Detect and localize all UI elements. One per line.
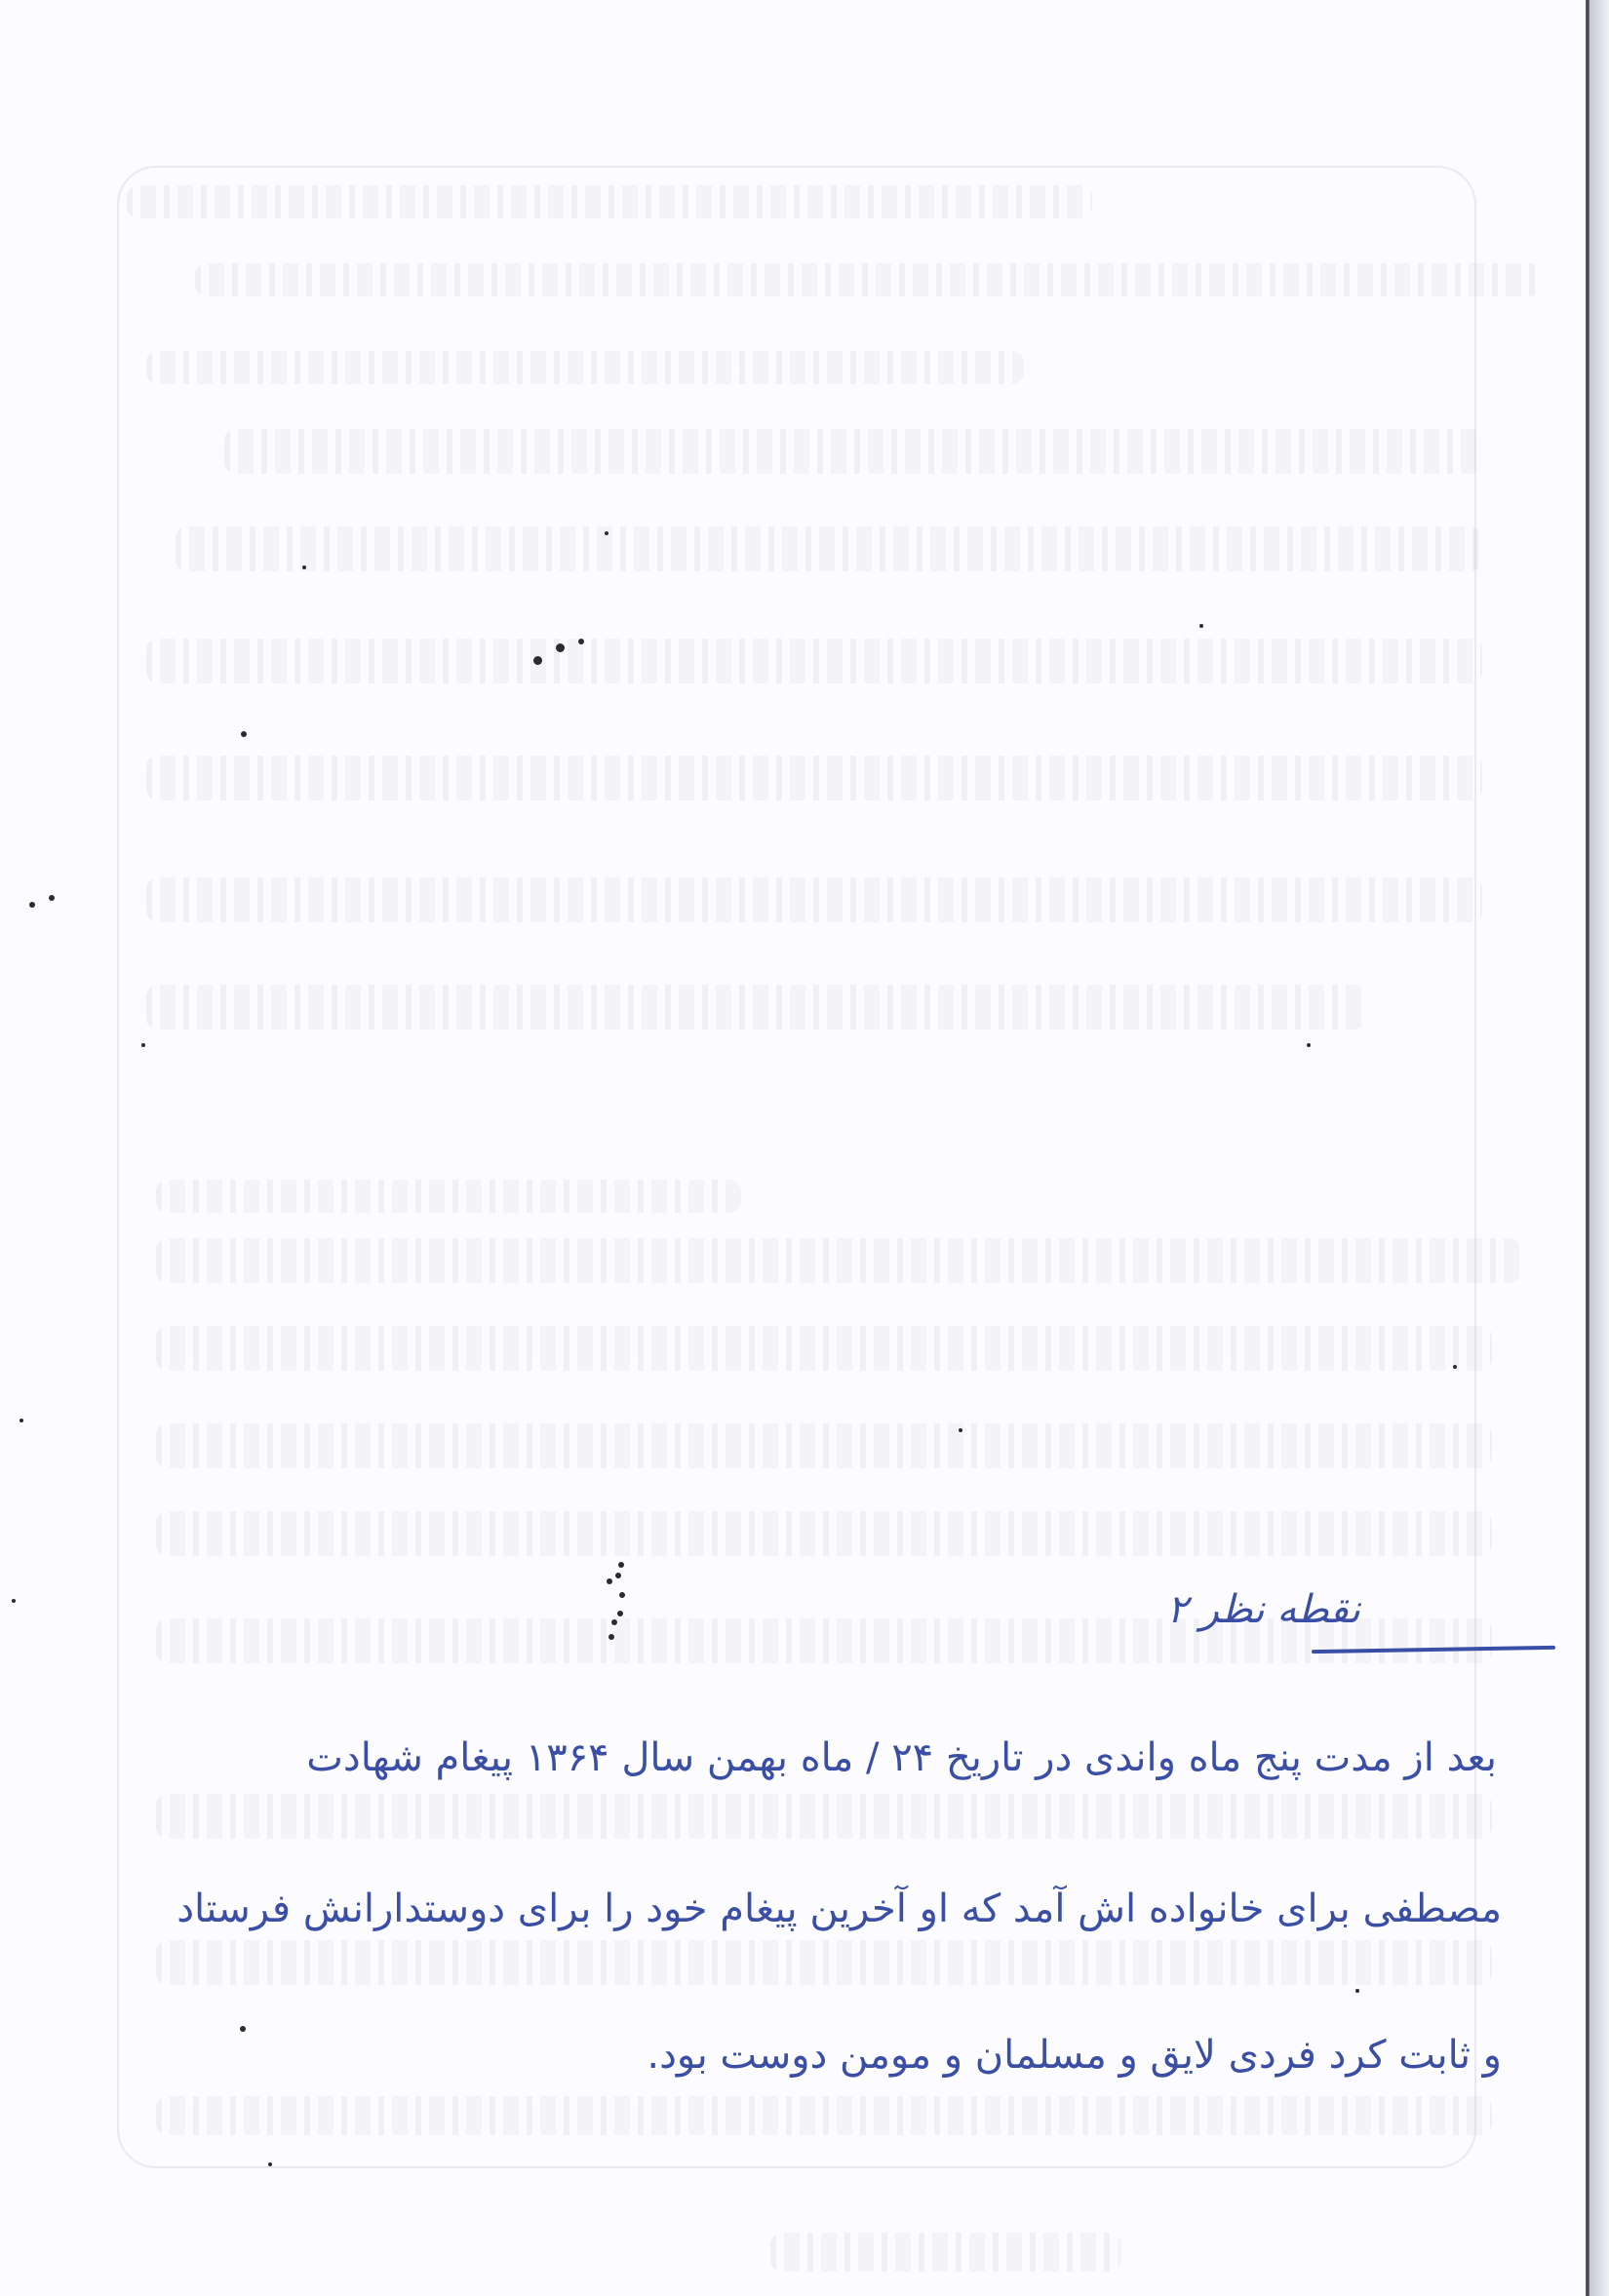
ink-speck	[1355, 1989, 1359, 1993]
ink-speck	[1453, 1365, 1457, 1369]
show-through-line	[195, 263, 1541, 296]
ink-speck	[29, 902, 35, 908]
ink-speck	[619, 1592, 625, 1598]
ink-speck	[611, 1619, 617, 1625]
show-through-line	[224, 429, 1482, 474]
ink-speck	[12, 1599, 16, 1603]
show-through-line	[176, 526, 1482, 571]
ink-speck	[49, 895, 55, 901]
ink-speck	[533, 656, 542, 665]
show-through-line	[146, 985, 1365, 1030]
show-through-line	[156, 1326, 1492, 1371]
show-through-line	[146, 756, 1482, 800]
show-through-line	[127, 185, 1092, 218]
ink-speck	[959, 1428, 962, 1432]
ink-speck	[578, 639, 584, 644]
ink-speck	[1199, 624, 1203, 628]
show-through-line	[770, 2233, 1121, 2272]
show-through-line	[146, 877, 1482, 922]
ink-speck	[1307, 1043, 1311, 1047]
ink-speck	[608, 1634, 614, 1640]
show-through-line	[146, 639, 1482, 683]
show-through-line	[156, 1511, 1492, 1556]
ink-speck	[556, 643, 565, 652]
ink-speck	[20, 1419, 23, 1422]
letter-line-2: مصطفی برای خانواده اش آمد که او آخرین پی…	[177, 1887, 1502, 1931]
show-through-line	[156, 2096, 1492, 2135]
scanner-edge-shadow	[1589, 0, 1609, 2296]
ink-speck	[141, 1043, 145, 1047]
ink-speck	[618, 1562, 624, 1568]
show-through-line	[156, 1238, 1521, 1283]
show-through-line	[156, 1940, 1492, 1985]
show-through-line	[156, 1794, 1492, 1839]
ink-speck	[617, 1611, 623, 1616]
show-through-line	[156, 1423, 1492, 1468]
ink-speck	[607, 1578, 612, 1584]
letter-heading: نقطه نظر ۲	[1166, 1587, 1360, 1632]
show-through-line	[146, 351, 1024, 384]
show-through-line	[156, 1180, 741, 1213]
scanner-edge-line	[1586, 0, 1589, 2296]
scanned-page: نقطه نظر ۲ بعد از مدت پنج ماه واندی در ت…	[0, 0, 1609, 2296]
letter-line-1: بعد از مدت پنج ماه واندی در تاریخ ۲۴ / م…	[306, 1735, 1497, 1780]
ink-speck	[302, 565, 306, 569]
ink-speck	[605, 531, 608, 535]
ink-speck	[615, 1573, 621, 1578]
ink-speck	[241, 731, 247, 737]
ink-speck	[268, 2162, 272, 2166]
ink-speck	[240, 2026, 246, 2032]
letter-line-3: و ثابت کرد فردی لایق و مسلمان و مومن دوس…	[647, 2033, 1502, 2078]
